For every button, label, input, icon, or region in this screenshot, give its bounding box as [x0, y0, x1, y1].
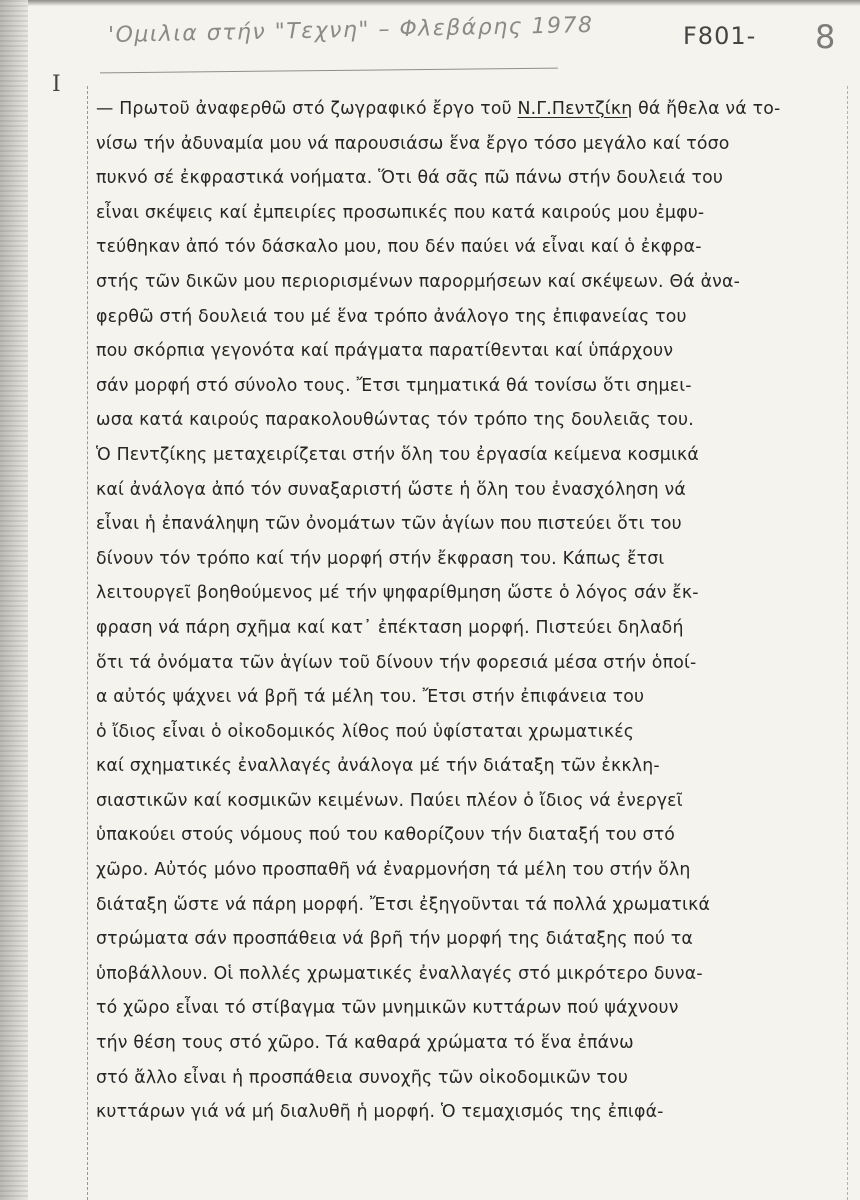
text-line-19: ὁ ἴδιος εἶναι ὁ οἰκοδομικός λίθος πού ὑφ… — [96, 715, 844, 750]
text-line-17: ὅτι τά ὀνόματα τῶν ἁγίων τοῦ δίνουν τήν … — [96, 646, 844, 681]
scanner-edge-strip — [0, 0, 28, 1200]
text-line-18: α αὐτός ψάχνει νά βρῆ τά μέλη του. Ἔτσι … — [96, 680, 844, 715]
text-line-25: στρώματα σάν προσπάθεια νά βρῆ τήν μορφή… — [96, 922, 844, 957]
text-line-3: πυκνό σέ ἐκφραστικά νοήματα. Ὅτι θά σᾶς … — [96, 161, 844, 196]
page-number: 8 — [815, 18, 835, 56]
underlined-author-name: Ν.Γ.Πεντζίκη — [518, 99, 633, 119]
text-line-14: δίνουν τόν τρόπο καί τήν μορφή στήν ἔκφρ… — [96, 542, 844, 577]
text-line-29: στό ἄλλο εἶναι ἡ προσπάθεια συνοχῆς τῶν … — [96, 1061, 844, 1096]
text-line-6: στής τῶν δικῶν μου περιορισμένων παρορμή… — [96, 265, 844, 300]
text-line-30: κυττάρων γιά νά μή διαλυθῆ ἡ μορφή. Ὁ τε… — [96, 1095, 844, 1130]
section-numeral: I — [52, 72, 61, 97]
text-line-7: φερθῶ στή δουλειά του μέ ἕνα τρόπο ἀνάλο… — [96, 300, 844, 335]
text-line-15: λειτουργεῖ βοηθούμενος μέ τήν ψηφαρίθμησ… — [96, 576, 844, 611]
text-line-11: Ὁ Πεντζίκης μεταχειρίζεται στήν ὅλη του … — [96, 438, 844, 473]
text-line-5: τεύθηκαν ἀπό τόν δάσκαλο μου, που δέν πα… — [96, 230, 844, 265]
left-margin-line — [87, 86, 88, 1200]
text-line-27: τό χῶρο εἶναι τό στίβαγμα τῶν μνημικῶν κ… — [96, 991, 844, 1026]
text-line-8: που σκόρπια γεγονότα καί πράγματα παρατί… — [96, 334, 844, 369]
text-line-12: καί ἀνάλογα ἀπό τόν συναξαριστή ὥστε ἡ ὅ… — [96, 473, 844, 508]
text-line-20: καί σχηματικές ἐναλλαγές ἀνάλογα μέ τήν … — [96, 749, 844, 784]
text-line-16: φραση νά πάρη σχῆμα καί κατ᾽ ἐπέκταση μο… — [96, 611, 844, 646]
text-line-26: ὑποβάλλουν. Οἱ πολλές χρωματικές ἐναλλαγ… — [96, 957, 844, 992]
text-line-4: εἶναι σκέψεις καί ἐμπειρίες προσωπικές π… — [96, 196, 844, 231]
text-line-28: τήν θέση τους στό χῶρο. Τά καθαρά χρώματ… — [96, 1026, 844, 1061]
text-line-9: σάν μορφή στό σύνολο τους. Ἔτσι τμηματικ… — [96, 369, 844, 404]
text-line-2: νίσω τήν ἀδυναμία μου νά παρουσιάσω ἕνα … — [96, 127, 844, 162]
text-line-24: διάταξη ὥστε νά πάρη μορφή. Ἔτσι ἐξηγοῦν… — [96, 888, 844, 923]
handwritten-body: — Πρωτοῦ ἀναφερθῶ στό ζωγραφικό ἔργο τοῦ… — [96, 92, 848, 1130]
line-start: — Πρωτοῦ ἀναφερθῶ στό ζωγραφικό ἔργο τοῦ… — [96, 99, 780, 119]
text-line-10: ωσα κατά καιρούς παρακολουθώντας τόν τρό… — [96, 403, 844, 438]
archive-code: F801- — [683, 22, 756, 50]
text-line-23: χῶρο. Αὐτός μόνο προσπαθῆ νά ἐναρμονήση … — [96, 853, 844, 888]
text-line-21: σιαστικῶν καί κοσμικῶν κειμένων. Παύει π… — [96, 784, 844, 819]
text-line-22: ὑπακούει στούς νόμους πού του καθορίζουν… — [96, 818, 844, 853]
text-line-13: εἶναι ἡ ἐπανάληψη τῶν ὀνομάτων τῶν ἁγίων… — [96, 507, 844, 542]
text-line-1: — Πρωτοῦ ἀναφερθῶ στό ζωγραφικό ἔργο τοῦ… — [96, 92, 844, 127]
